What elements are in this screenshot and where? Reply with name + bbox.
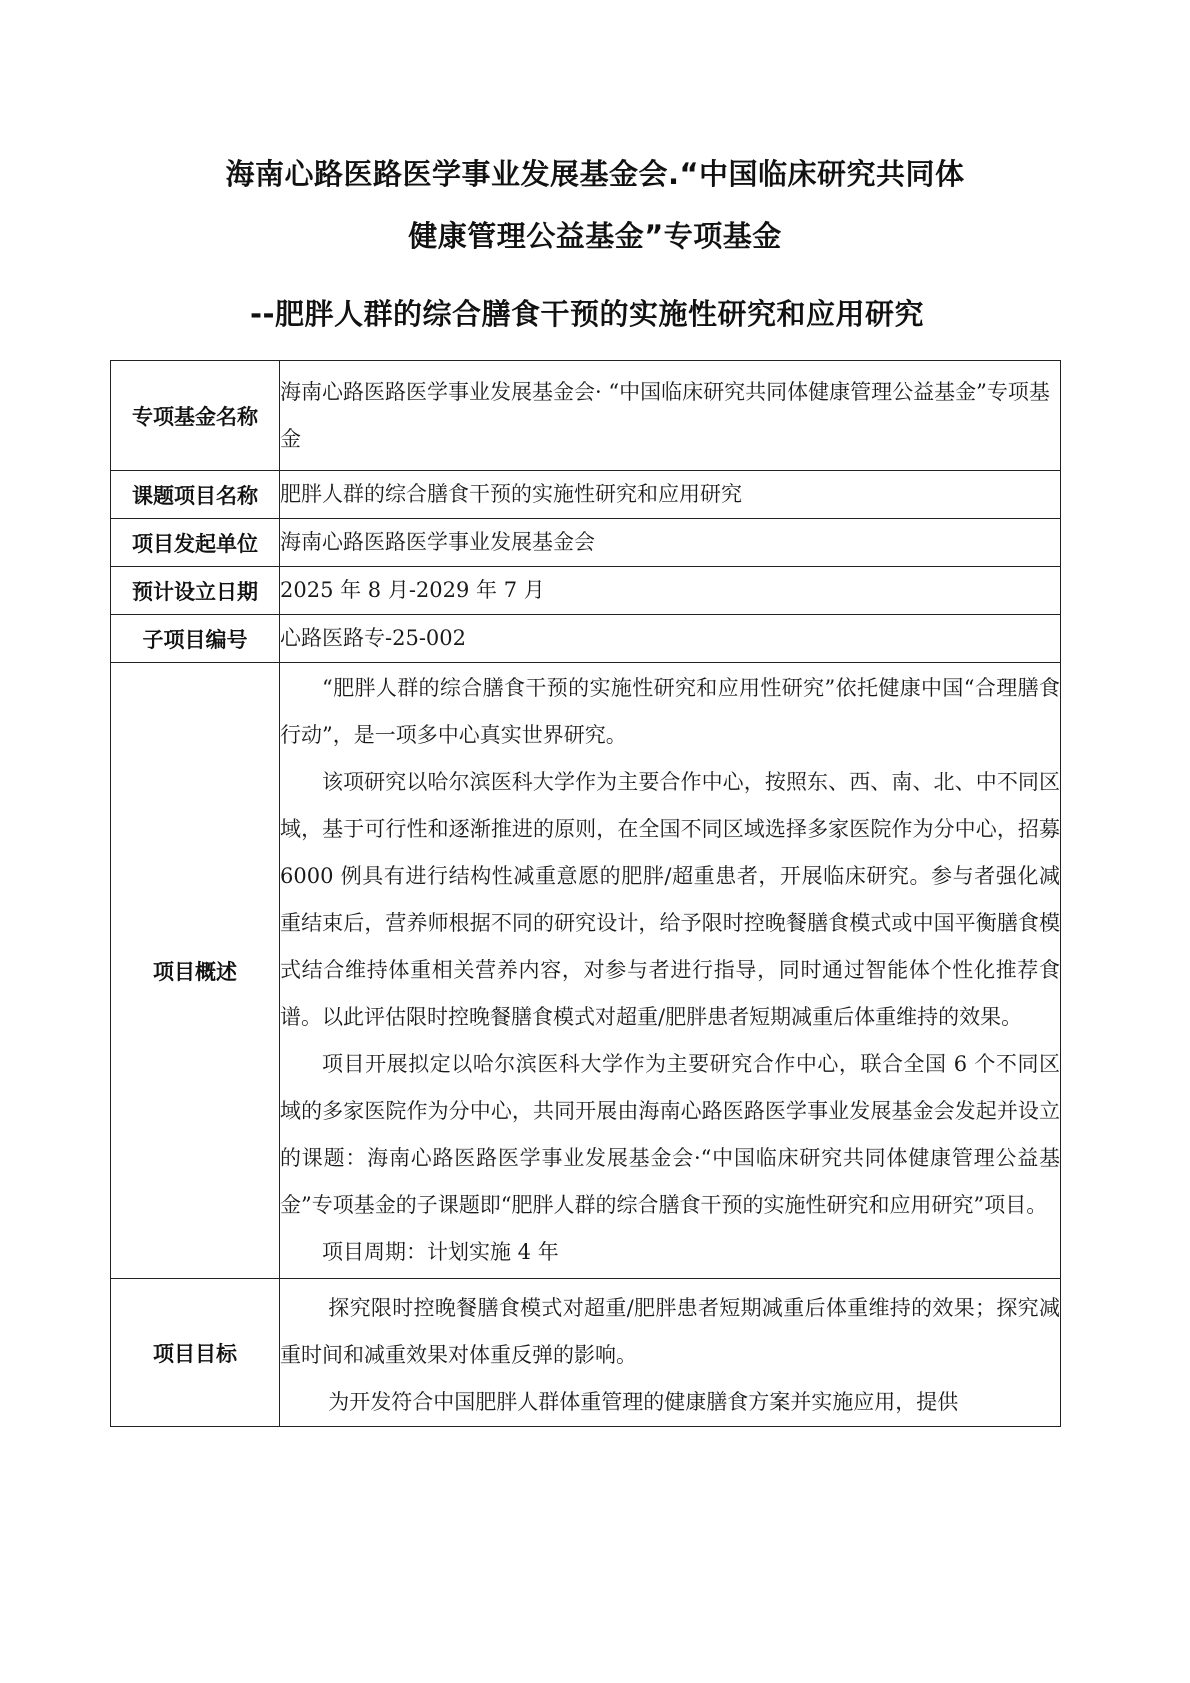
row-label: 专项基金名称 bbox=[111, 361, 280, 471]
row-value: 海南心路医路医学事业发展基金会· “中国临床研究共同体健康管理公益基金”专项基金 bbox=[280, 361, 1061, 471]
overview-paragraph: 该项研究以哈尔滨医科大学作为主要合作中心，按照东、西、南、北、中不同区域，基于可… bbox=[280, 759, 1060, 1041]
goal-paragraph: 探究限时控晚餐膳食模式对超重/肥胖患者短期减重后体重维持的效果；探究减重时间和减… bbox=[280, 1285, 1060, 1379]
row-label: 项目发起单位 bbox=[111, 519, 280, 567]
table-row-overview: 项目概述 “肥胖人群的综合膳食干预的实施性研究和应用性研究”依托健康中国“合理膳… bbox=[111, 663, 1061, 1279]
project-info-table: 专项基金名称 海南心路医路医学事业发展基金会· “中国临床研究共同体健康管理公益… bbox=[110, 360, 1061, 1427]
goal-paragraph: 为开发符合中国肥胖人群体重管理的健康膳食方案并实施应用，提供 bbox=[280, 1379, 1060, 1426]
document-subtitle: --肥胖人群的综合膳食干预的实施性研究和应用研究 bbox=[0, 292, 1182, 333]
row-value: 海南心路医路医学事业发展基金会 bbox=[280, 519, 1061, 567]
row-label: 预计设立日期 bbox=[111, 567, 280, 615]
table-row-planned-date: 预计设立日期 2025 年 8 月-2029 年 7 月 bbox=[111, 567, 1061, 615]
row-label: 子项目编号 bbox=[111, 615, 280, 663]
goal-content: 探究限时控晚餐膳食模式对超重/肥胖患者短期减重后体重维持的效果；探究减重时间和减… bbox=[280, 1279, 1061, 1427]
row-label: 项目目标 bbox=[111, 1279, 280, 1427]
overview-paragraph: “肥胖人群的综合膳食干预的实施性研究和应用性研究”依托健康中国“合理膳食行动”，… bbox=[280, 665, 1060, 759]
table-row-sponsor: 项目发起单位 海南心路医路医学事业发展基金会 bbox=[111, 519, 1061, 567]
row-value: 肥胖人群的综合膳食干预的实施性研究和应用研究 bbox=[280, 471, 1061, 519]
table-row-fund-name: 专项基金名称 海南心路医路医学事业发展基金会· “中国临床研究共同体健康管理公益… bbox=[111, 361, 1061, 471]
document-title-line-2: 健康管理公益基金”专项基金 bbox=[0, 214, 1190, 255]
table-row-project-name: 课题项目名称 肥胖人群的综合膳食干预的实施性研究和应用研究 bbox=[111, 471, 1061, 519]
row-label: 项目概述 bbox=[111, 663, 280, 1279]
overview-paragraph: 项目开展拟定以哈尔滨医科大学作为主要研究合作中心，联合全国 6 个不同区域的多家… bbox=[280, 1041, 1060, 1229]
row-label: 课题项目名称 bbox=[111, 471, 280, 519]
overview-paragraph: 项目周期：计划实施 4 年 bbox=[280, 1229, 1060, 1276]
row-value: 心路医路专-25-002 bbox=[280, 615, 1061, 663]
overview-content: “肥胖人群的综合膳食干预的实施性研究和应用性研究”依托健康中国“合理膳食行动”，… bbox=[280, 663, 1061, 1279]
document-title-line-1: 海南心路医路医学事业发展基金会.“中国临床研究共同体 bbox=[0, 152, 1190, 193]
table-row-goal: 项目目标 探究限时控晚餐膳食模式对超重/肥胖患者短期减重后体重维持的效果；探究减… bbox=[111, 1279, 1061, 1427]
row-value: 2025 年 8 月-2029 年 7 月 bbox=[280, 567, 1061, 615]
table-row-subproject-id: 子项目编号 心路医路专-25-002 bbox=[111, 615, 1061, 663]
